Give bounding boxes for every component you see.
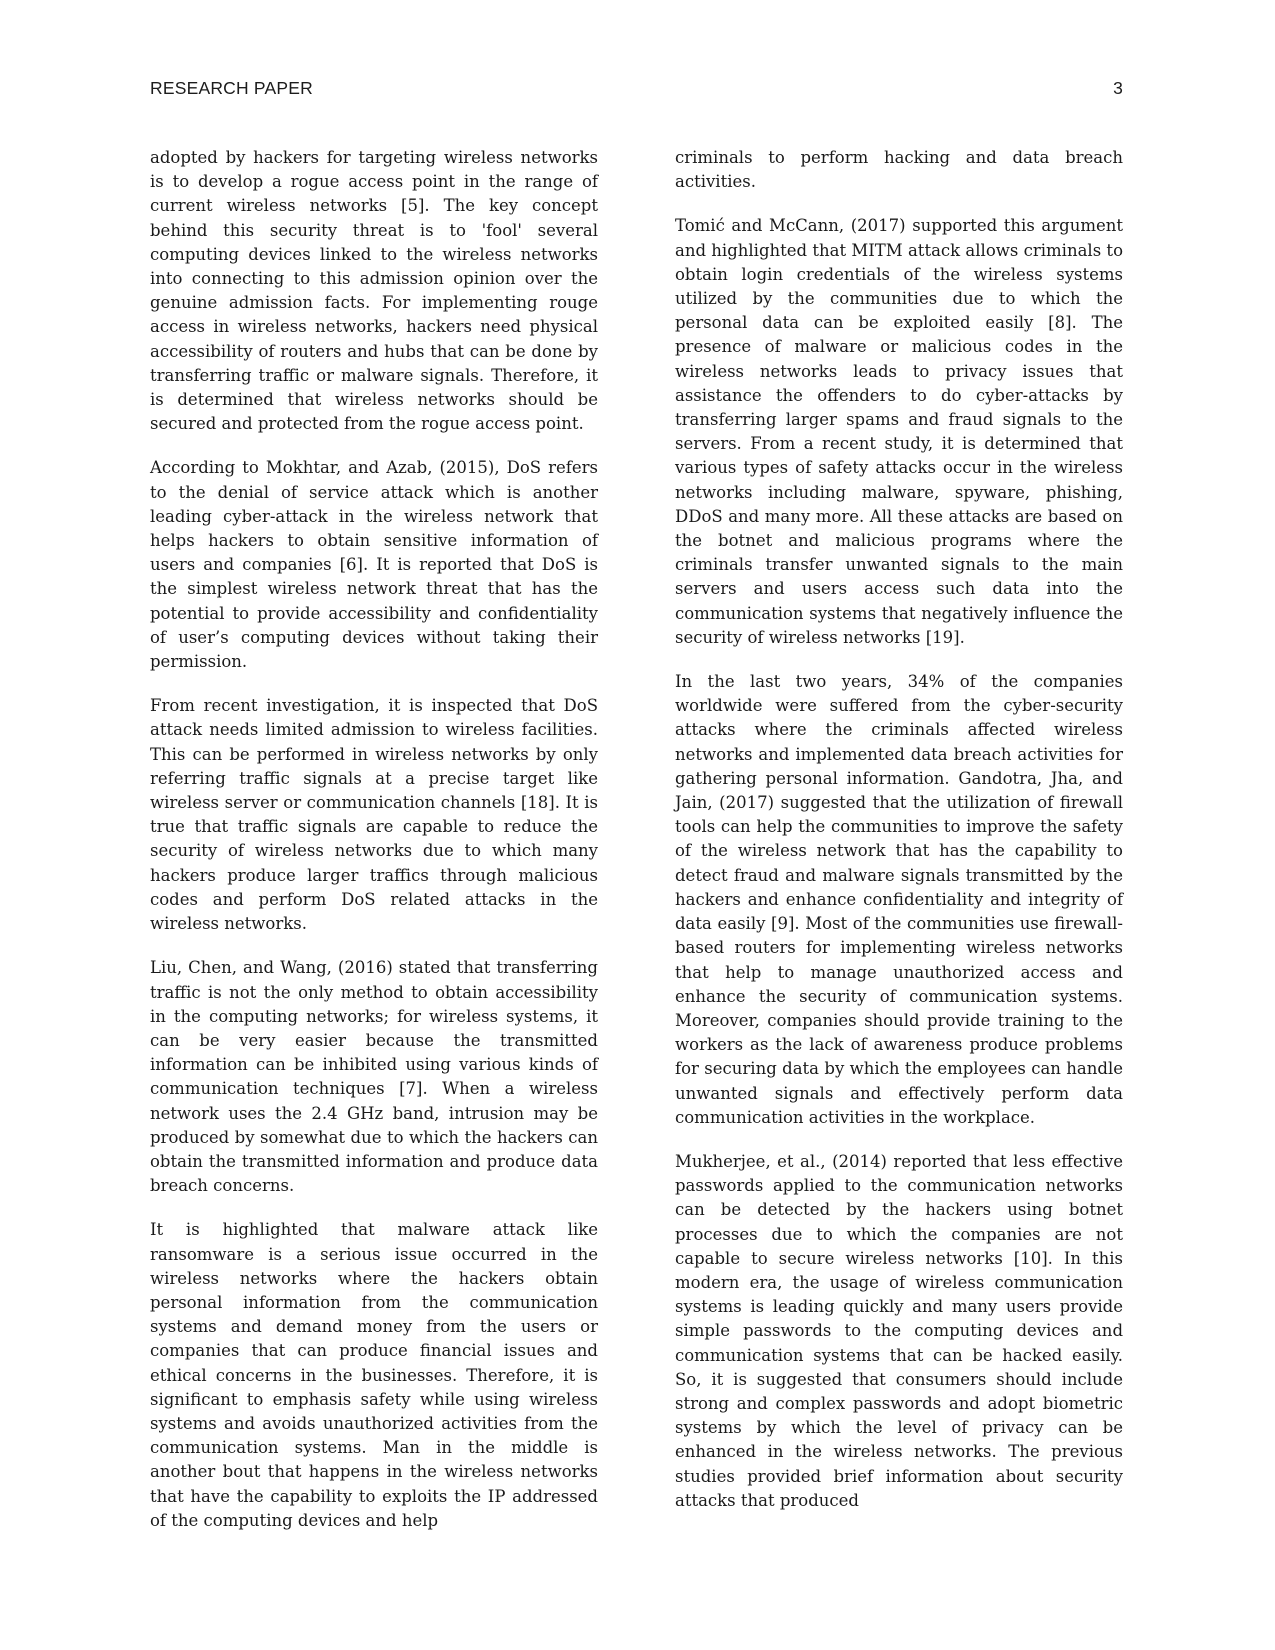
two-column-body: adopted by hackers for targeting wireles… bbox=[150, 146, 1123, 1533]
page-header: RESEARCH PAPER 3 bbox=[150, 78, 1123, 99]
paragraph: According to Mokhtar, and Azab, (2015), … bbox=[150, 456, 598, 674]
paragraph: adopted by hackers for targeting wireles… bbox=[150, 146, 598, 436]
left-column: adopted by hackers for targeting wireles… bbox=[150, 146, 598, 1533]
paragraph: From recent investigation, it is inspect… bbox=[150, 694, 598, 936]
page-number: 3 bbox=[1113, 78, 1123, 99]
paragraph: Liu, Chen, and Wang, (2016) stated that … bbox=[150, 956, 598, 1198]
running-head-title: RESEARCH PAPER bbox=[150, 78, 313, 99]
research-paper-page: RESEARCH PAPER 3 adopted by hackers for … bbox=[0, 0, 1275, 1650]
paragraph: In the last two years, 34% of the compan… bbox=[675, 670, 1123, 1130]
paragraph: Mukherjee, et al., (2014) reported that … bbox=[675, 1150, 1123, 1513]
paragraph: criminals to perform hacking and data br… bbox=[675, 146, 1123, 194]
paragraph: Tomić and McCann, (2017) supported this … bbox=[675, 214, 1123, 650]
right-column: criminals to perform hacking and data br… bbox=[675, 146, 1123, 1533]
paragraph: It is highlighted that malware attack li… bbox=[150, 1218, 598, 1533]
